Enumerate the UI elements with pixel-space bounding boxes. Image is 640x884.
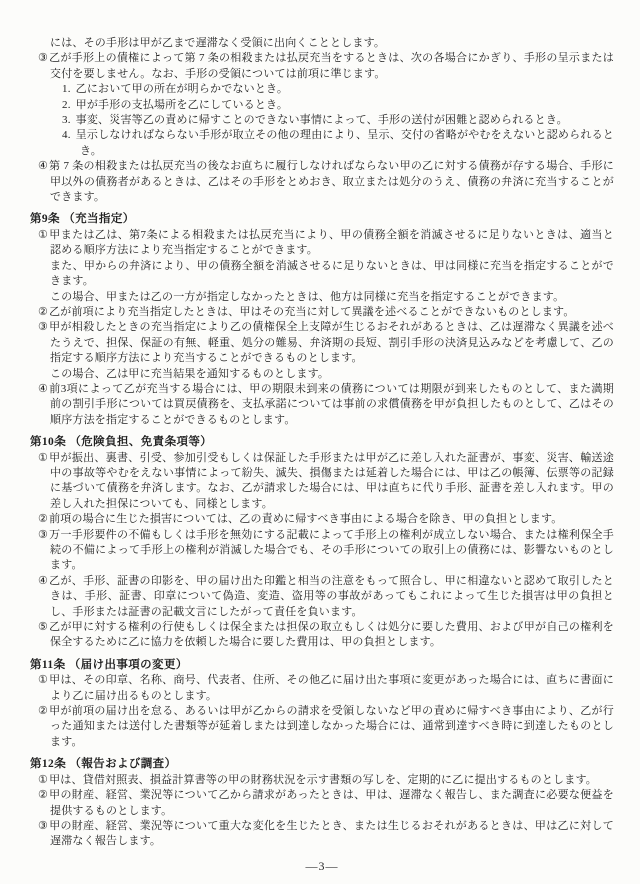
- sub-item-text: 甲が手形の支払場所を乙にしているとき。: [76, 99, 288, 111]
- clause-number: ③: [38, 321, 48, 333]
- clause-text: 前項の場合に生じた損害については、乙の責めに帰すべき事由による場合を除き、甲の負…: [49, 513, 562, 525]
- clause: ①甲が振出、裏書、引受、参加引受もしくは保証した手形または甲が乙に差し入れた証書…: [38, 451, 614, 513]
- page-number: —3—: [30, 859, 614, 874]
- clause-number: ①: [38, 452, 48, 464]
- article-heading: 第10条 （危険負担、免責条項等）: [30, 435, 614, 450]
- article-heading: 第12条 （報告および調査）: [30, 757, 614, 772]
- article-11: 第11条 （届け出事項の変更） ①甲は、その印章、名称、商号、代表者、住所、その…: [30, 658, 614, 750]
- sub-item: 3.事変、災害等乙の責めに帰すことのできない事情によって、手形の送付が困難と認め…: [62, 113, 614, 128]
- clause-text: 万一手形要件の不備もしくは手形を無効にする記載によって手形上の権利が成立しない場…: [49, 529, 614, 572]
- sub-item-text: 事変、災害等乙の責めに帰すことのできない事情によって、手形の送付が困難と認められ…: [76, 114, 568, 126]
- clause: ②甲が前項の届け出を怠る、あるいは甲が乙からの請求を受領しないなど甲の責めに帰す…: [38, 704, 614, 750]
- sub-item-text: 呈示しなければならない手形が取立その他の理由により、呈示、交付の省略がやむをえな…: [76, 129, 614, 156]
- sub-item-number: 4.: [62, 129, 71, 141]
- article-10: 第10条 （危険負担、免責条項等） ①甲が振出、裏書、引受、参加引受もしくは保証…: [30, 435, 614, 651]
- clause: ④第 7 条の相殺または払戻充当の後なお直ちに履行しなければならない甲の乙に対す…: [38, 159, 614, 205]
- clause: ④前3項によって乙が充当する場合には、甲の期限未到来の債務については期限が到来し…: [38, 382, 614, 428]
- clause-text: 甲または乙は、第7条による相殺または払戻充当により、甲の債務全額を消滅させるに足…: [49, 229, 614, 256]
- clause-text: 乙が甲に対する権利の行使もしくは保全または担保の取立もしくは処分に要した費用、お…: [49, 621, 614, 648]
- clause-number: ①: [38, 774, 48, 786]
- clause-extra-paragraph: この場合、乙は甲に充当結果を通知するものとします。: [50, 367, 614, 382]
- clause-text: 乙が前項により充当指定したときは、甲はその充当に対して異議を述べることができない…: [49, 306, 575, 318]
- clause: ①甲または乙は、第7条による相殺または払戻充当により、甲の債務全額を消滅させるに…: [38, 228, 614, 259]
- clause: ②乙が前項により充当指定したときは、甲はその充当に対して異議を述べることができな…: [38, 305, 614, 320]
- sub-item-number: 1.: [62, 83, 71, 95]
- sub-item-text: 乙において甲の所在が明らかでないとき。: [76, 83, 288, 95]
- clause-text: 甲は、その印章、名称、商号、代表者、住所、その他乙に届け出た事項に変更があった場…: [49, 674, 614, 701]
- sub-item: 1.乙において甲の所在が明らかでないとき。: [62, 82, 614, 97]
- clause: ④乙が、手形、証書の印影を、甲の届け出た印鑑と相当の注意をもって照合し、甲に相違…: [38, 574, 614, 620]
- clause: ①甲は、その印章、名称、商号、代表者、住所、その他乙に届け出た事項に変更があった…: [38, 673, 614, 704]
- sub-item: 4.呈示しなければならない手形が取立その他の理由により、呈示、交付の省略がやむを…: [62, 128, 614, 159]
- clause-number: ③: [38, 52, 48, 64]
- clause-text: 甲が前項の届け出を怠る、あるいは甲が乙からの請求を受領しないなど甲の責めに帰すべ…: [49, 705, 614, 748]
- clause-text: 甲の財産、経営、業況等について乙から請求があったときは、甲は、遅滞なく報告し、ま…: [49, 789, 614, 816]
- contract-body: には、その手形は甲が乙まで遅滞なく受領に出向くこととします。 ③乙が手形上の債権…: [30, 36, 614, 874]
- clause-number: ②: [38, 705, 48, 717]
- clause-number: ②: [38, 789, 48, 801]
- article-heading: 第11条 （届け出事項の変更）: [30, 658, 614, 673]
- clause-number: ②: [38, 306, 48, 318]
- clause-text: 乙が、手形、証書の印影を、甲の届け出た印鑑と相当の注意をもって照合し、甲に相違な…: [49, 575, 614, 618]
- clause: ③乙が手形上の債権によって第 7 条の相殺または払戻充当をするときは、次の各場合…: [38, 51, 614, 82]
- article-12: 第12条 （報告および調査） ①甲は、貸借対照表、損益計算書等の甲の財務状況を示…: [30, 757, 614, 849]
- clause-extra-paragraph: この場合、甲または乙の一方が指定しなかったときは、他方は同様に充当を指定すること…: [50, 290, 614, 305]
- clause-number: ③: [38, 820, 48, 832]
- clause-text: 甲は、貸借対照表、損益計算書等の甲の財務状況を示す書類の写しを、定期的に乙に提出…: [49, 774, 597, 786]
- clause-text: 甲が振出、裏書、引受、参加引受もしくは保証した手形または甲が乙に差し入れた証書が…: [49, 452, 614, 510]
- clause-number: ③: [38, 529, 48, 541]
- clause: ②甲の財産、経営、業況等について乙から請求があったときは、甲は、遅滞なく報告し、…: [38, 788, 614, 819]
- carryover-line: には、その手形は甲が乙まで遅滞なく受領に出向くこととします。: [50, 36, 614, 51]
- article-heading: 第9条 （充当指定）: [30, 212, 614, 227]
- scanned-contract-page: には、その手形は甲が乙まで遅滞なく受領に出向くこととします。 ③乙が手形上の債権…: [0, 0, 640, 884]
- clause: ③甲の財産、経営、業況等について重大な変化を生じたとき、または生じるおそれがある…: [38, 819, 614, 850]
- sub-item-number: 3.: [62, 114, 71, 126]
- clause-text: 第 7 条の相殺または払戻充当の後なお直ちに履行しなければならない甲の乙に対する…: [49, 160, 614, 203]
- sub-item: 2.甲が手形の支払場所を乙にしているとき。: [62, 98, 614, 113]
- clause: ③万一手形要件の不備もしくは手形を無効にする記載によって手形上の権利が成立しない…: [38, 528, 614, 574]
- clause-extra-paragraph: また、甲からの弁済により、甲の債務全額を消滅させるに足りないときは、甲は同様に充…: [50, 259, 614, 290]
- clause-text: 乙が手形上の債権によって第 7 条の相殺または払戻充当をするときは、次の各場合に…: [49, 52, 614, 79]
- clause-text: 甲が相殺したときの充当指定により乙の債権保全上支障が生じるおそれがあるときは、乙…: [49, 321, 614, 364]
- clause-text: 甲の財産、経営、業況等について重大な変化を生じたとき、または生じるおそれがあると…: [49, 820, 614, 847]
- clause-number: ④: [38, 383, 48, 395]
- clause-number: ①: [38, 229, 48, 241]
- clause: ①甲は、貸借対照表、損益計算書等の甲の財務状況を示す書類の写しを、定期的に乙に提…: [38, 773, 614, 788]
- clause: ③甲が相殺したときの充当指定により乙の債権保全上支障が生じるおそれがあるときは、…: [38, 320, 614, 366]
- clause-number: ①: [38, 674, 48, 686]
- clause-number: ⑤: [38, 621, 48, 633]
- clause-number: ④: [38, 160, 48, 172]
- clause: ⑤乙が甲に対する権利の行使もしくは保全または担保の取立もしくは処分に要した費用、…: [38, 620, 614, 651]
- clause-number: ④: [38, 575, 48, 587]
- clause-number: ②: [38, 513, 48, 525]
- clause: ②前項の場合に生じた損害については、乙の責めに帰すべき事由による場合を除き、甲の…: [38, 512, 614, 527]
- clause-text: 前3項によって乙が充当する場合には、甲の期限未到来の債務については期限が到来した…: [49, 383, 614, 426]
- article-9: 第9条 （充当指定） ①甲または乙は、第7条による相殺または払戻充当により、甲の…: [30, 212, 614, 428]
- sub-item-number: 2.: [62, 99, 71, 111]
